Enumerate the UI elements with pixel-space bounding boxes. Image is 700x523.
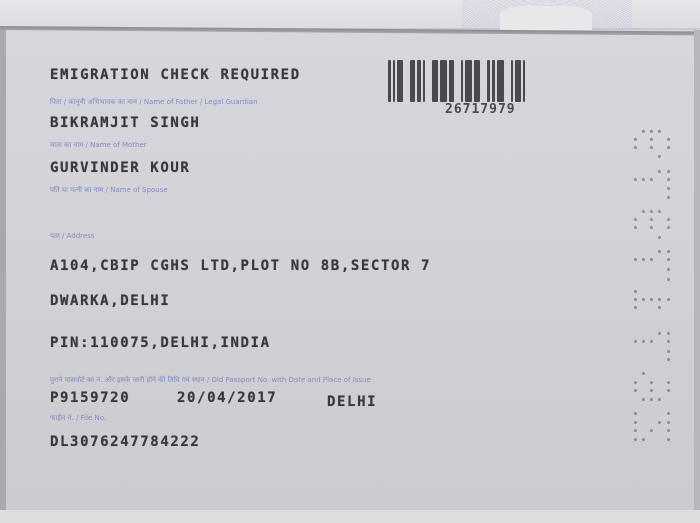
barcode-bar bbox=[474, 60, 480, 102]
barcode-bar bbox=[511, 60, 513, 102]
perforation-dot bbox=[650, 389, 653, 392]
perforation-dot bbox=[650, 398, 653, 401]
perforation-dot bbox=[634, 146, 637, 149]
perforation-dot bbox=[658, 236, 661, 239]
perforation-dot bbox=[634, 138, 637, 141]
father-name-value: BIKRAMJIT SINGH bbox=[50, 115, 200, 131]
perforation-dot bbox=[634, 226, 637, 229]
bottom-strip bbox=[0, 510, 700, 523]
father-name-label: पिता / कानूनी अभिभावक का नाम / Name of F… bbox=[50, 98, 258, 107]
barcode-bar bbox=[423, 60, 425, 102]
mother-name-value: GURVINDER KOUR bbox=[50, 160, 190, 176]
perforation-dot bbox=[650, 429, 653, 432]
perforation-dot bbox=[634, 381, 637, 384]
perforation-dot bbox=[642, 398, 645, 401]
perforation-dot bbox=[658, 332, 661, 335]
address-label: पता / Address bbox=[50, 232, 94, 241]
barcode-bar bbox=[417, 60, 421, 102]
address-line-2: DWARKA,DELHI bbox=[50, 293, 170, 309]
perforation-dot bbox=[667, 421, 670, 424]
old-passport-issue-date: 20/04/2017 bbox=[177, 390, 277, 406]
perforation-dot bbox=[667, 138, 670, 141]
perforation-dot bbox=[667, 226, 670, 229]
perforation-dot bbox=[667, 381, 670, 384]
barcode-number: 26717979 bbox=[445, 102, 516, 117]
perforation-dot bbox=[634, 298, 637, 301]
perforation-dot bbox=[667, 429, 670, 432]
barcode-bar bbox=[432, 60, 438, 102]
perforation-dot bbox=[650, 226, 653, 229]
barcode-bar bbox=[449, 60, 454, 102]
file-number-value: DL3076247784222 bbox=[50, 434, 200, 450]
perforation-dot bbox=[634, 389, 637, 392]
perforation-dot bbox=[650, 146, 653, 149]
perforation-dot bbox=[667, 250, 670, 253]
perforation-dot bbox=[658, 306, 661, 309]
perforation-dot bbox=[650, 258, 653, 261]
perforation-dot bbox=[634, 178, 637, 181]
perforation-dot bbox=[642, 210, 645, 213]
barcode-bar bbox=[440, 60, 447, 102]
perforation-dot bbox=[667, 187, 670, 190]
address-line-3: PIN:110075,DELHI,INDIA bbox=[50, 335, 271, 351]
barcode-bar bbox=[523, 60, 525, 102]
perforation-dot bbox=[658, 155, 661, 158]
barcode-bar bbox=[465, 60, 472, 102]
perforation-dot bbox=[634, 438, 637, 441]
file-number-label: फाईल नं. / File No. bbox=[50, 414, 106, 423]
barcode-bar bbox=[515, 60, 521, 102]
perforation-dot bbox=[658, 398, 661, 401]
perforation-dot bbox=[667, 298, 670, 301]
perforation-dot bbox=[658, 130, 661, 133]
old-passport-issue-place: DELHI bbox=[327, 394, 377, 410]
perforation-dot bbox=[642, 438, 645, 441]
mother-name-label: माता का नाम / Name of Mother bbox=[50, 141, 147, 150]
perforation-dot bbox=[667, 268, 670, 271]
barcode-bar bbox=[393, 60, 395, 102]
perforation-dot bbox=[650, 178, 653, 181]
perforation-dot bbox=[667, 332, 670, 335]
perforation-dot bbox=[642, 130, 645, 133]
perforation-dot bbox=[634, 340, 637, 343]
perforation-dot bbox=[667, 258, 670, 261]
perforation-dot bbox=[658, 170, 661, 173]
perforation-dot bbox=[650, 298, 653, 301]
perforation-dot bbox=[634, 421, 637, 424]
perforation-dot bbox=[634, 218, 637, 221]
perforation-dot bbox=[667, 278, 670, 281]
old-passport-label: पुराने पासपोर्ट का नं. और इसके जारी होने… bbox=[50, 376, 371, 385]
perforation-dot bbox=[642, 258, 645, 261]
file-barcode bbox=[388, 60, 606, 102]
barcode-bar bbox=[487, 60, 490, 102]
perforation-dot bbox=[650, 340, 653, 343]
old-passport-number: P9159720 bbox=[50, 390, 130, 406]
emigration-check-note: EMIGRATION CHECK REQUIRED bbox=[50, 67, 301, 83]
perforation-dot bbox=[667, 438, 670, 441]
perforation-dot bbox=[667, 350, 670, 353]
barcode-bar bbox=[410, 60, 415, 102]
perforation-dot bbox=[650, 381, 653, 384]
barcode-bar bbox=[492, 60, 495, 102]
page-right-edge bbox=[694, 30, 700, 510]
perforation-dot bbox=[634, 290, 637, 293]
perforation-dot bbox=[667, 178, 670, 181]
perforation-dot bbox=[650, 210, 653, 213]
perforation-dot bbox=[667, 146, 670, 149]
barcode-bar bbox=[497, 60, 504, 102]
perforation-dot bbox=[658, 210, 661, 213]
perforation-dot bbox=[642, 178, 645, 181]
perforation-dot bbox=[658, 421, 661, 424]
perforation-dot bbox=[642, 372, 645, 375]
perforation-dot bbox=[634, 412, 637, 415]
perforation-dot bbox=[634, 306, 637, 309]
perforation-dot bbox=[667, 389, 670, 392]
perforation-dot bbox=[667, 412, 670, 415]
perforation-dot bbox=[634, 258, 637, 261]
perforation-dot bbox=[667, 196, 670, 199]
perforation-dot bbox=[667, 218, 670, 221]
barcode-bar bbox=[397, 60, 403, 102]
perforation-dot bbox=[650, 138, 653, 141]
spouse-name-label: पति या पत्नी का नाम / Name of Spouse bbox=[50, 186, 168, 195]
perforation-dot bbox=[658, 250, 661, 253]
perforation-dot bbox=[667, 358, 670, 361]
address-line-1: A104,CBIP CGHS LTD,PLOT NO 8B,SECTOR 7 bbox=[50, 258, 431, 274]
barcode-bar bbox=[388, 60, 391, 102]
perforation-dot bbox=[667, 340, 670, 343]
perforation-dot bbox=[650, 218, 653, 221]
perforation-dot bbox=[642, 340, 645, 343]
perforation-dot bbox=[650, 130, 653, 133]
perforation-dot bbox=[658, 298, 661, 301]
perforation-dot bbox=[667, 170, 670, 173]
perforation-dot bbox=[634, 429, 637, 432]
barcode-bar bbox=[461, 60, 463, 102]
perforation-dot bbox=[642, 298, 645, 301]
